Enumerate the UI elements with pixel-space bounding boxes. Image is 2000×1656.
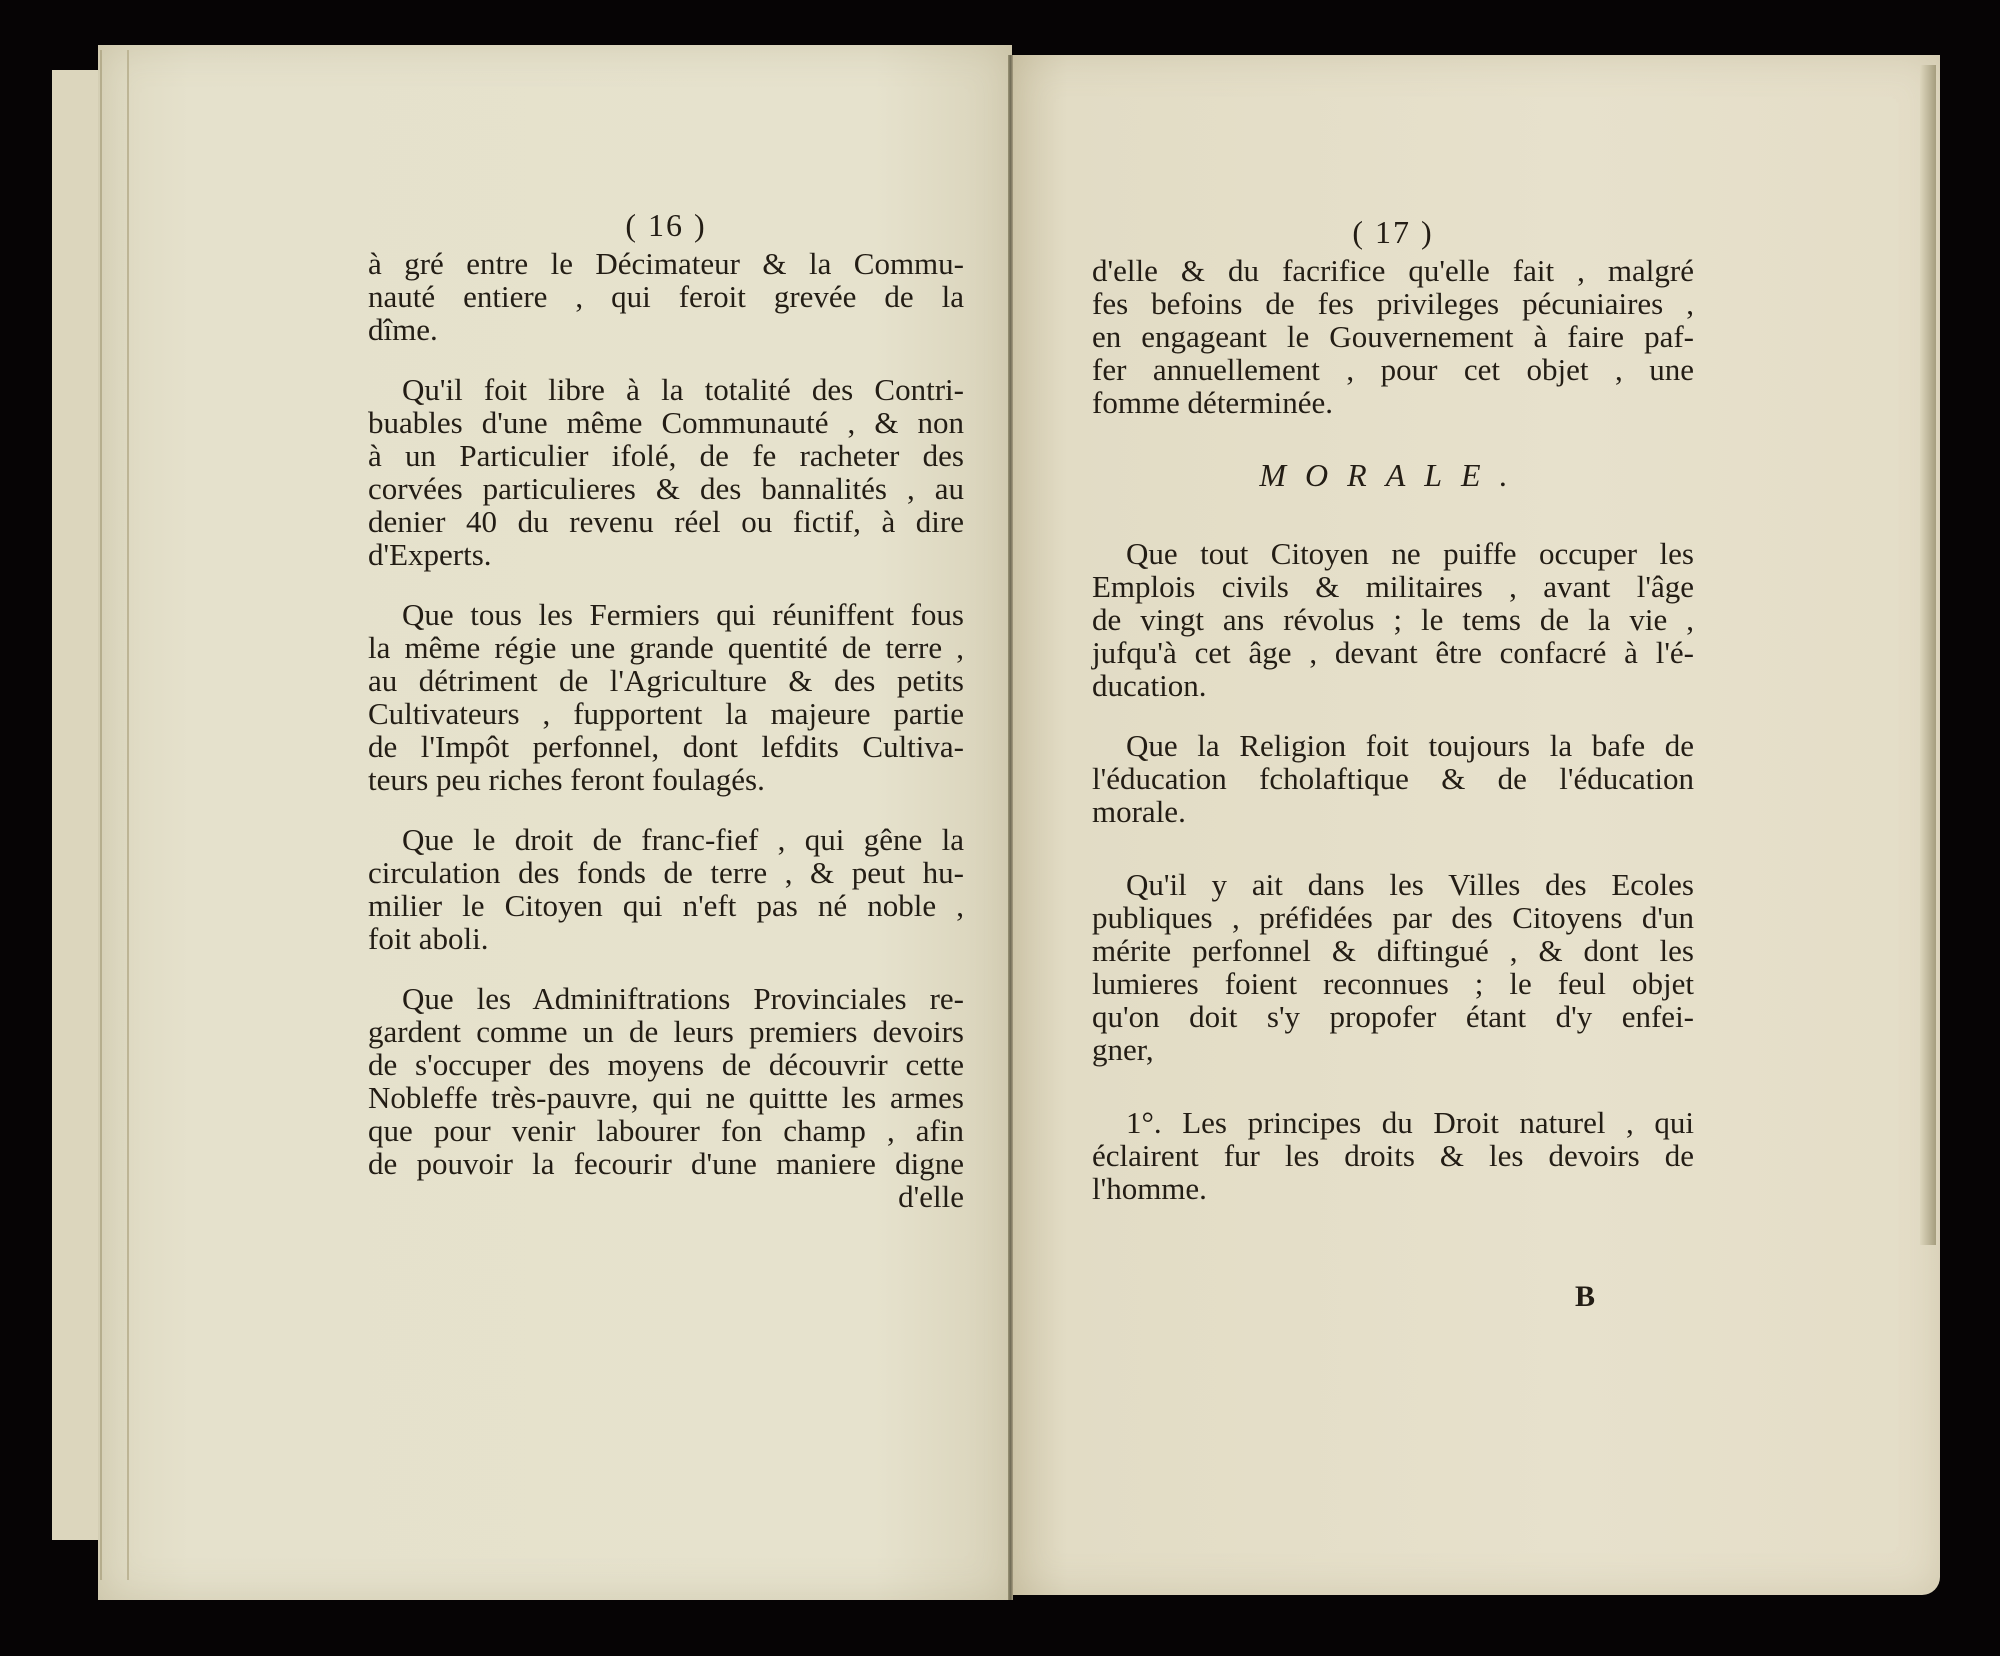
text-line: Qu'il foit libre à la totalité des Contr… [368,373,964,406]
paragraph: Que la Religion foit toujours la bafe de… [1092,729,1694,828]
left-page-deckle-folds [100,50,129,1580]
paragraph: Que les Adminiftrations Provinciales re-… [368,982,964,1213]
text-line: ducation. [1092,669,1694,702]
paragraph: Qu'il y ait dans les Villes des Ecoles p… [1092,868,1694,1066]
text-line: fomme déterminée. [1092,386,1694,419]
text-line: teurs peu riches feront foulagés. [368,763,964,796]
text-line: l'éducation fcholaftique & de l'éducatio… [1092,762,1694,795]
text-line: 1°. Les principes du Droit naturel , qui [1092,1106,1694,1139]
right-page-stack-edge [1920,65,1936,1245]
text-line: Qu'il y ait dans les Villes des Ecoles [1092,868,1694,901]
paragraph: 1°. Les principes du Droit naturel , qui… [1092,1106,1694,1205]
right-page-text: ( 17 ) d'elle & du facrifice qu'elle fai… [1092,212,1694,1232]
text-line: circulation des fonds de terre , & peut … [368,856,964,889]
text-line: fes befoins de fes privileges pécuniaire… [1092,287,1694,320]
text-line: fer annuellement , pour cet objet , une [1092,353,1694,386]
text-line: mérite perfonnel & diftingué , & dont le… [1092,934,1694,967]
text-line: Emplois civils & militaires , avant l'âg… [1092,570,1694,603]
text-line: la même régie une grande quentité de ter… [368,631,964,664]
text-line: à un Particulier ifolé, de fe racheter d… [368,439,964,472]
text-line: au détriment de l'Agriculture & des peti… [368,664,964,697]
paragraph: Que tous les Fermiers qui réuniffent fou… [368,598,964,796]
paragraph: d'elle & du facrifice qu'elle fait , mal… [1092,254,1694,419]
text-line: publiques , préfidées par des Citoyens d… [1092,901,1694,934]
text-line: qu'on doit s'y propofer étant d'y enfei- [1092,1000,1694,1033]
text-line: buables d'une même Communauté , & non [368,406,964,439]
text-line: à gré entre le Décimateur & la Commu- [368,247,964,280]
text-line: jufqu'à cet âge , devant être confacré à… [1092,636,1694,669]
text-line: morale. [1092,795,1694,828]
text-line: l'homme. [1092,1172,1694,1205]
text-line: corvées particulieres & des bannalités ,… [368,472,964,505]
text-line: de s'occuper des moyens de découvrir cet… [368,1048,964,1081]
signature-mark: B [1575,1280,1595,1314]
text-line: d'Experts. [368,538,964,571]
paragraph: à gré entre le Décimateur & la Commu- na… [368,247,964,346]
text-line: gner, [1092,1033,1694,1066]
text-line: lumieres foient reconnues ; le feul obje… [1092,967,1694,1000]
text-line: que pour venir labourer fon champ , afin [368,1114,964,1147]
text-line: de l'Impôt perfonnel, dont lefdits Culti… [368,730,964,763]
page-number-left: ( 16 ) [368,205,964,245]
book-gutter [1008,55,1013,1600]
catchword: d'elle [368,1180,964,1213]
paragraph: Que le droit de franc-fief , qui gêne la… [368,823,964,955]
text-line: Cultivateurs , fupportent la majeure par… [368,697,964,730]
text-line: éclairent fur les droits & les devoirs d… [1092,1139,1694,1172]
text-line: Que le droit de franc-fief , qui gêne la [368,823,964,856]
text-line: Que la Religion foit toujours la bafe de [1092,729,1694,762]
left-page-text: ( 16 ) à gré entre le Décimateur & la Co… [368,205,964,1213]
text-line: Que les Adminiftrations Provinciales re- [368,982,964,1015]
text-line: de pouvoir la fecourir d'une maniere dig… [368,1147,964,1180]
text-line: Que tous les Fermiers qui réuniffent fou… [368,598,964,631]
paragraph: Qu'il foit libre à la totalité des Contr… [368,373,964,571]
paragraph: Que tout Citoyen ne puiffe occuper les E… [1092,537,1694,702]
text-line: dîme. [368,313,964,346]
text-line: de vingt ans révolus ; le tems de la vie… [1092,603,1694,636]
text-line: en engageant le Gouvernement à faire paf… [1092,320,1694,353]
text-line: Que tout Citoyen ne puiffe occuper les [1092,537,1694,570]
section-heading-morale: MORALE. [1092,457,1694,493]
text-line: denier 40 du revenu réel ou fictif, à di… [368,505,964,538]
text-line: nauté entiere , qui feroit grevée de la [368,280,964,313]
page-number-right: ( 17 ) [1092,212,1694,252]
text-line: gardent comme un de leurs premiers devoi… [368,1015,964,1048]
text-line: milier le Citoyen qui n'eft pas né noble… [368,889,964,922]
text-line: foit aboli. [368,922,964,955]
text-line: Nobleffe très-pauvre, qui ne quittte les… [368,1081,964,1114]
text-line: d'elle & du facrifice qu'elle fait , mal… [1092,254,1694,287]
